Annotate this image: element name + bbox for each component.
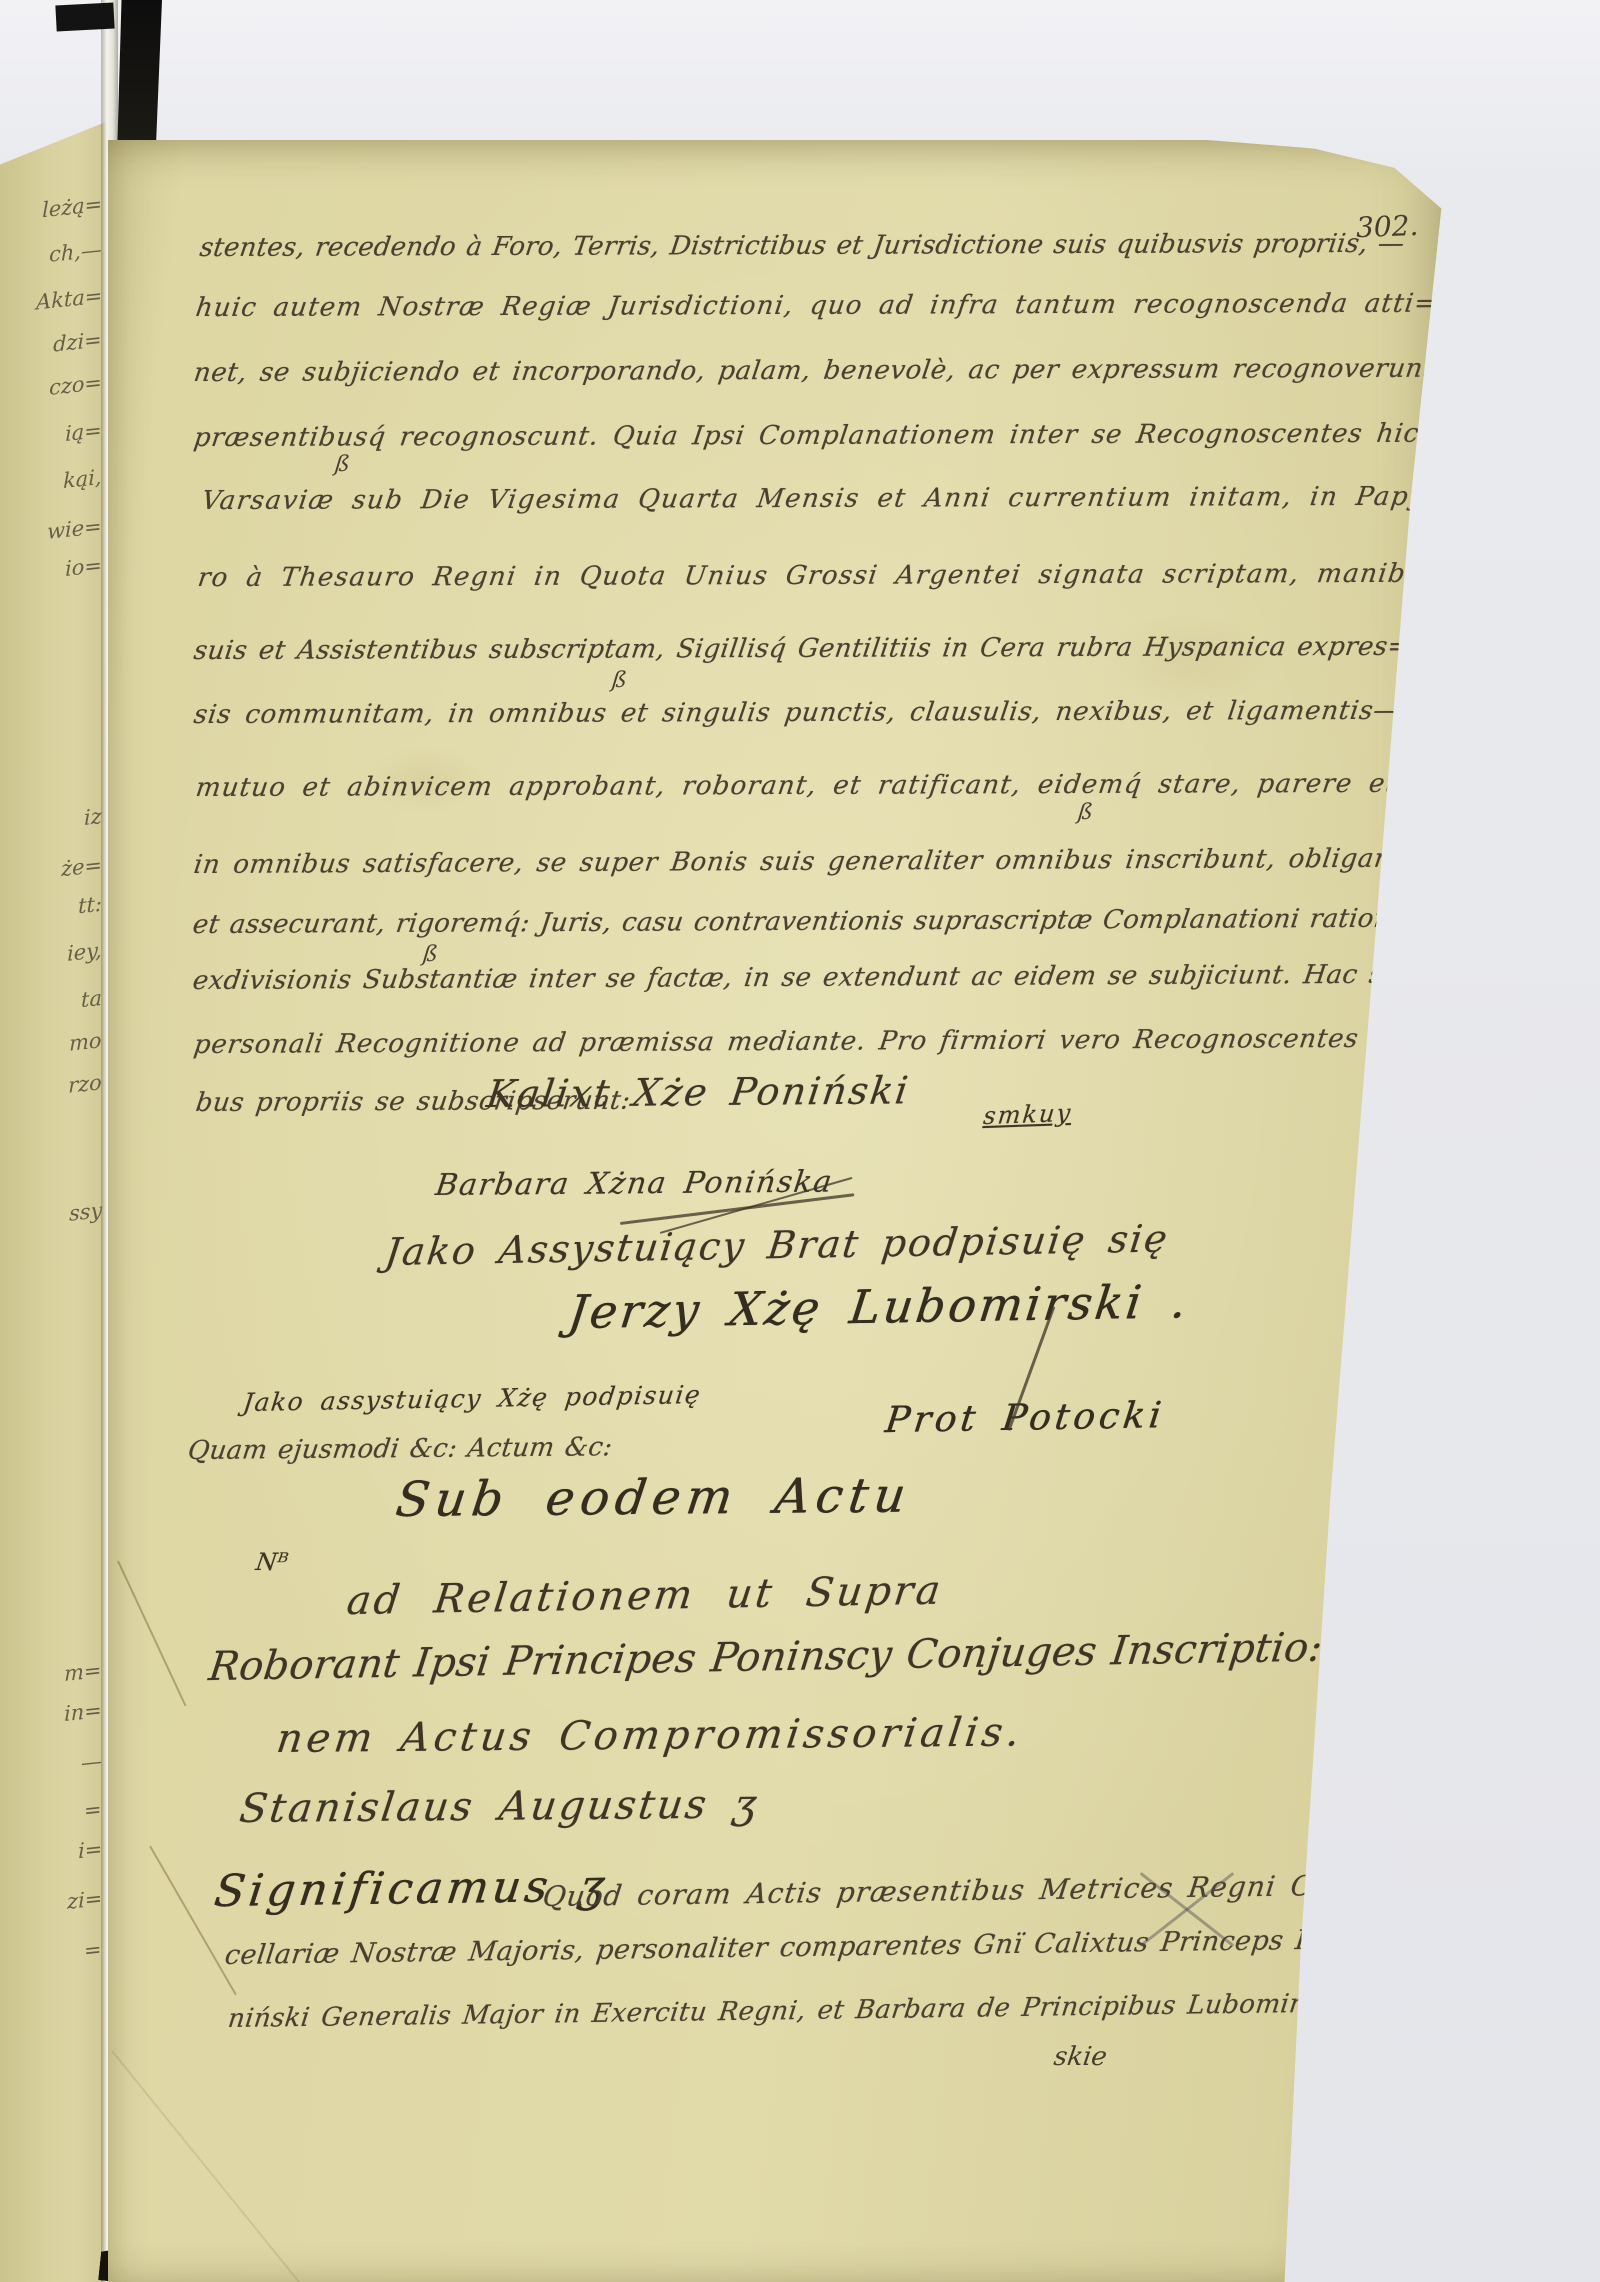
margin-fragment: że= [61, 853, 102, 881]
margin-fragment: = [84, 1797, 102, 1823]
catchword: skie [1052, 2042, 1109, 2072]
margin-fragment: io= [65, 553, 102, 581]
margin-fragment: ta [81, 986, 102, 1012]
margin-fragment: zi= [67, 1886, 102, 1914]
insertion-mark: ß [334, 452, 351, 477]
insertion-mark: ß [1077, 800, 1094, 825]
signature-line: smkuy [982, 1099, 1074, 1130]
manuscript-line: exdivisionis Substantiæ inter se factæ, … [191, 960, 1418, 996]
manuscript-line: ad Relationem ut Supra [344, 1568, 945, 1625]
manuscript-line: net, se subjiciendo et incorporando, pal… [192, 354, 1445, 388]
signature-line: Prot Potocki [883, 1395, 1167, 1441]
margin-fragment: czo= [49, 370, 102, 400]
manuscript-line: Quam ejusmodi &c: Actum &c: [186, 1432, 614, 1466]
manuscript-line: huic autem Nostræ Regiæ Jurisdictioni, q… [194, 289, 1439, 323]
manuscript-line: Varsaviæ sub Die Vigesima Quarta Mensis … [200, 482, 1451, 516]
paper-crease [111, 2050, 300, 2282]
manuscript-line: Sub eodem Actu [393, 1468, 915, 1529]
manuscript-page: 302. stentes, recedendo à Foro, Terris, … [108, 140, 1448, 2282]
manuscript-line: præsentibusq́ recognoscunt. Quia Ipsi Co… [192, 419, 1448, 453]
signature-line: Barbara Xżna Ponińska [433, 1165, 835, 1204]
signature-line: Jako Assystuiący Brat podpisuię się [383, 1216, 1172, 1274]
book-cover-corner [55, 3, 114, 32]
margin-fragment: m= [65, 1658, 102, 1686]
manuscript-line: Nᴮ [254, 1548, 290, 1576]
margin-fragment: — [81, 1749, 102, 1775]
manuscript-line: stentes, recedendo à Foro, Terris, Distr… [198, 229, 1407, 263]
archival-manuscript-scan: leżą=ch,—Akta=dzi=czo=ią=kąi,wie=io=izże… [0, 0, 1600, 2282]
signature-line: Jako assystuiący Xżę podpisuię [241, 1380, 703, 1417]
manuscript-line: et assecurant, rigoremq́: Juris, casu co… [191, 904, 1409, 940]
signature-line: Jerzy Xżę Lubomirski . [565, 1274, 1192, 1339]
margin-fragment: rzo [68, 1070, 102, 1098]
manuscript-line: cellariæ Nostræ Majoris, personaliter co… [223, 1924, 1354, 1971]
manuscript-line: Quod coram Actis præsentibus Metrices Re… [541, 1868, 1377, 1913]
insertion-mark: ß [611, 668, 628, 693]
margin-fragment: in= [64, 1698, 102, 1726]
signature-line: Kalixt Xże Poniński [484, 1068, 912, 1116]
margin-fragment: mo [70, 1028, 102, 1056]
margin-fragment: kąi, [63, 465, 101, 493]
margin-fragment: ssy [69, 1198, 102, 1226]
manuscript-line: Roborant Ipsi Principes Poninscy Conjuge… [206, 1625, 1325, 1691]
margin-fragment: ią= [65, 418, 102, 446]
manuscript-line: suis et Assistentibus subscriptam, Sigil… [192, 632, 1412, 666]
paper-crease [117, 1561, 186, 1707]
margin-fragment: iey, [67, 938, 102, 966]
margin-fragment: iz [84, 804, 102, 830]
margin-fragment: tt: [78, 892, 102, 919]
margin-fragment: dzi= [53, 327, 102, 356]
margin-fragment: ch,— [49, 237, 102, 267]
manuscript-line: nem Actus Compromissorialis. [274, 1709, 1026, 1762]
margin-fragment: = [84, 1937, 102, 1963]
manuscript-line: sis communitam, in omnibus et singulis p… [192, 696, 1402, 730]
margin-fragment: leżą= [42, 192, 102, 222]
manuscript-line: mutuo et abinvicem approbant, roborant, … [194, 769, 1399, 803]
manuscript-line: personali Recognitione ad præmissa media… [192, 1023, 1465, 1060]
facing-page-edge: leżą=ch,—Akta=dzi=czo=ią=kąi,wie=io=izże… [0, 108, 108, 2282]
margin-fragment: i= [78, 1837, 102, 1864]
insertion-mark: ß [422, 942, 439, 967]
margin-fragment: Akta= [36, 283, 102, 314]
margin-fragment: wie= [47, 514, 101, 544]
manuscript-line: in omnibus satisfacere, se super Bonis s… [192, 844, 1405, 880]
manuscript-line: Stanislaus Augustus ʒ [237, 1781, 762, 1832]
manuscript-line: niński Generalis Major in Exercitu Regni… [226, 1989, 1340, 2035]
manuscript-line: ro à Thesauro Regni in Quota Unius Gross… [196, 559, 1441, 593]
